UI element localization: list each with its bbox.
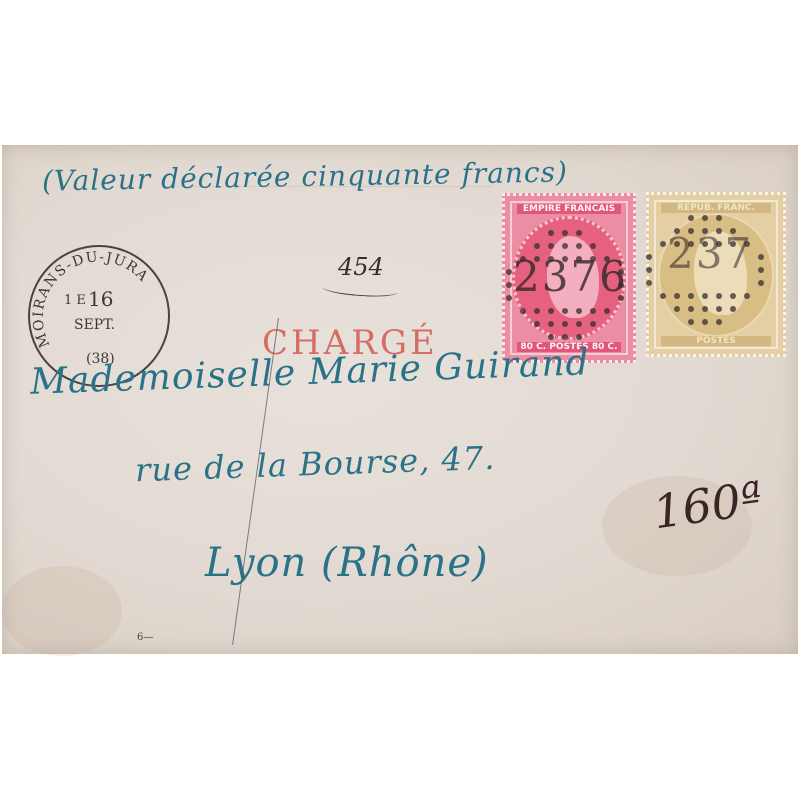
postmark-month: SEPT. [74,317,115,333]
paper-stain [2,566,122,656]
address-line-3: Lyon (Rhône) [205,540,489,586]
registration-number: 454 [338,253,384,281]
postmark-collection: 1 E [64,293,86,308]
bottom-left-mark: 6— [137,632,153,643]
postmark-day: 16 [88,287,113,311]
